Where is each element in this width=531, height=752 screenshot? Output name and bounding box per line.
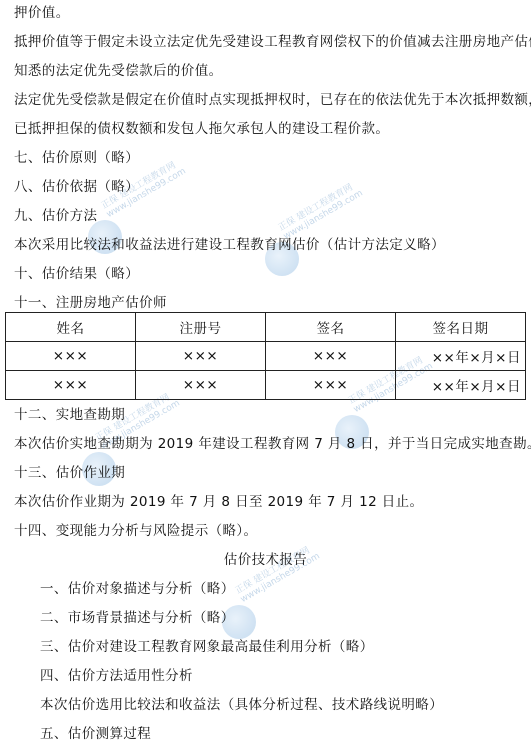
- cell-reg-no: ×××: [136, 371, 266, 400]
- section-heading: 十四、变现能力分析与风险提示（略）。: [14, 521, 257, 541]
- paragraph: 本次采用比较法和收益法进行建设工程教育网估价（估计方法定义略）: [14, 235, 445, 255]
- section-heading: 九、估价方法: [14, 206, 97, 226]
- table-row: ××× ××× ××× ××年×月×日: [6, 342, 526, 371]
- report-title: 估价技术报告: [0, 550, 531, 570]
- cell-sign-date: ××年×月×日: [396, 371, 526, 400]
- cell-signature: ×××: [266, 342, 396, 371]
- document-page: 正保 建设工程教育网www.jianshe99.com 正保 建设工程教育网ww…: [0, 0, 531, 752]
- section-heading: 十三、估价作业期: [14, 463, 125, 483]
- cell-name: ×××: [6, 342, 136, 371]
- section-heading: 十二、实地查勘期: [14, 405, 125, 425]
- column-header-name: 姓名: [6, 313, 136, 342]
- section-heading: 十一、注册房地产估价师: [14, 293, 167, 313]
- report-item: 一、估价对象描述与分析（略）: [40, 579, 235, 599]
- table-row: ××× ××× ××× ××年×月×日: [6, 371, 526, 400]
- table-header-row: 姓名 注册号 签名 签名日期: [6, 313, 526, 342]
- section-heading: 七、估价原则（略）: [14, 148, 139, 168]
- paragraph: 法定优先受偿款是假定在价值时点实现抵押权时，已存在的依法优先于本次抵押数额，包括: [14, 90, 531, 110]
- paragraph: 知悉的法定优先受偿款后的价值。: [14, 61, 223, 81]
- column-header-reg-no: 注册号: [136, 313, 266, 342]
- report-paragraph: 本次估价选用比较法和收益法（具体分析过程、技术路线说明略）: [40, 695, 443, 715]
- paragraph: 抵押价值等于假定未设立法定优先受建设工程教育网偿权下的价值减去注册房地产估价师: [14, 32, 531, 52]
- paragraph: 本次估价实地查勘期为 2019 年建设工程教育网 7 月 8 日，并于当日完成实…: [14, 434, 531, 454]
- section-heading: 八、估价依据（略）: [14, 177, 139, 197]
- paragraph: 押价值。: [14, 3, 70, 23]
- cell-reg-no: ×××: [136, 342, 266, 371]
- paragraph: 已抵押担保的债权数额和发包人拖欠承包人的建设工程价款。: [14, 119, 389, 139]
- report-item: 三、估价对建设工程教育网象最高最佳利用分析（略）: [40, 637, 374, 657]
- section-heading: 十、估价结果（略）: [14, 264, 139, 284]
- column-header-signature: 签名: [266, 313, 396, 342]
- cell-signature: ×××: [266, 371, 396, 400]
- cell-name: ×××: [6, 371, 136, 400]
- report-item: 五、估价测算过程: [40, 724, 151, 744]
- report-item: 四、估价方法适用性分析: [40, 666, 193, 686]
- report-item: 二、市场背景描述与分析（略）: [40, 608, 235, 628]
- paragraph: 本次估价作业期为 2019 年 7 月 8 日至 2019 年 7 月 12 日…: [14, 492, 423, 512]
- appraiser-table: 姓名 注册号 签名 签名日期 ××× ××× ××× ××年×月×日 ××× ×…: [5, 312, 526, 400]
- column-header-sign-date: 签名日期: [396, 313, 526, 342]
- cell-sign-date: ××年×月×日: [396, 342, 526, 371]
